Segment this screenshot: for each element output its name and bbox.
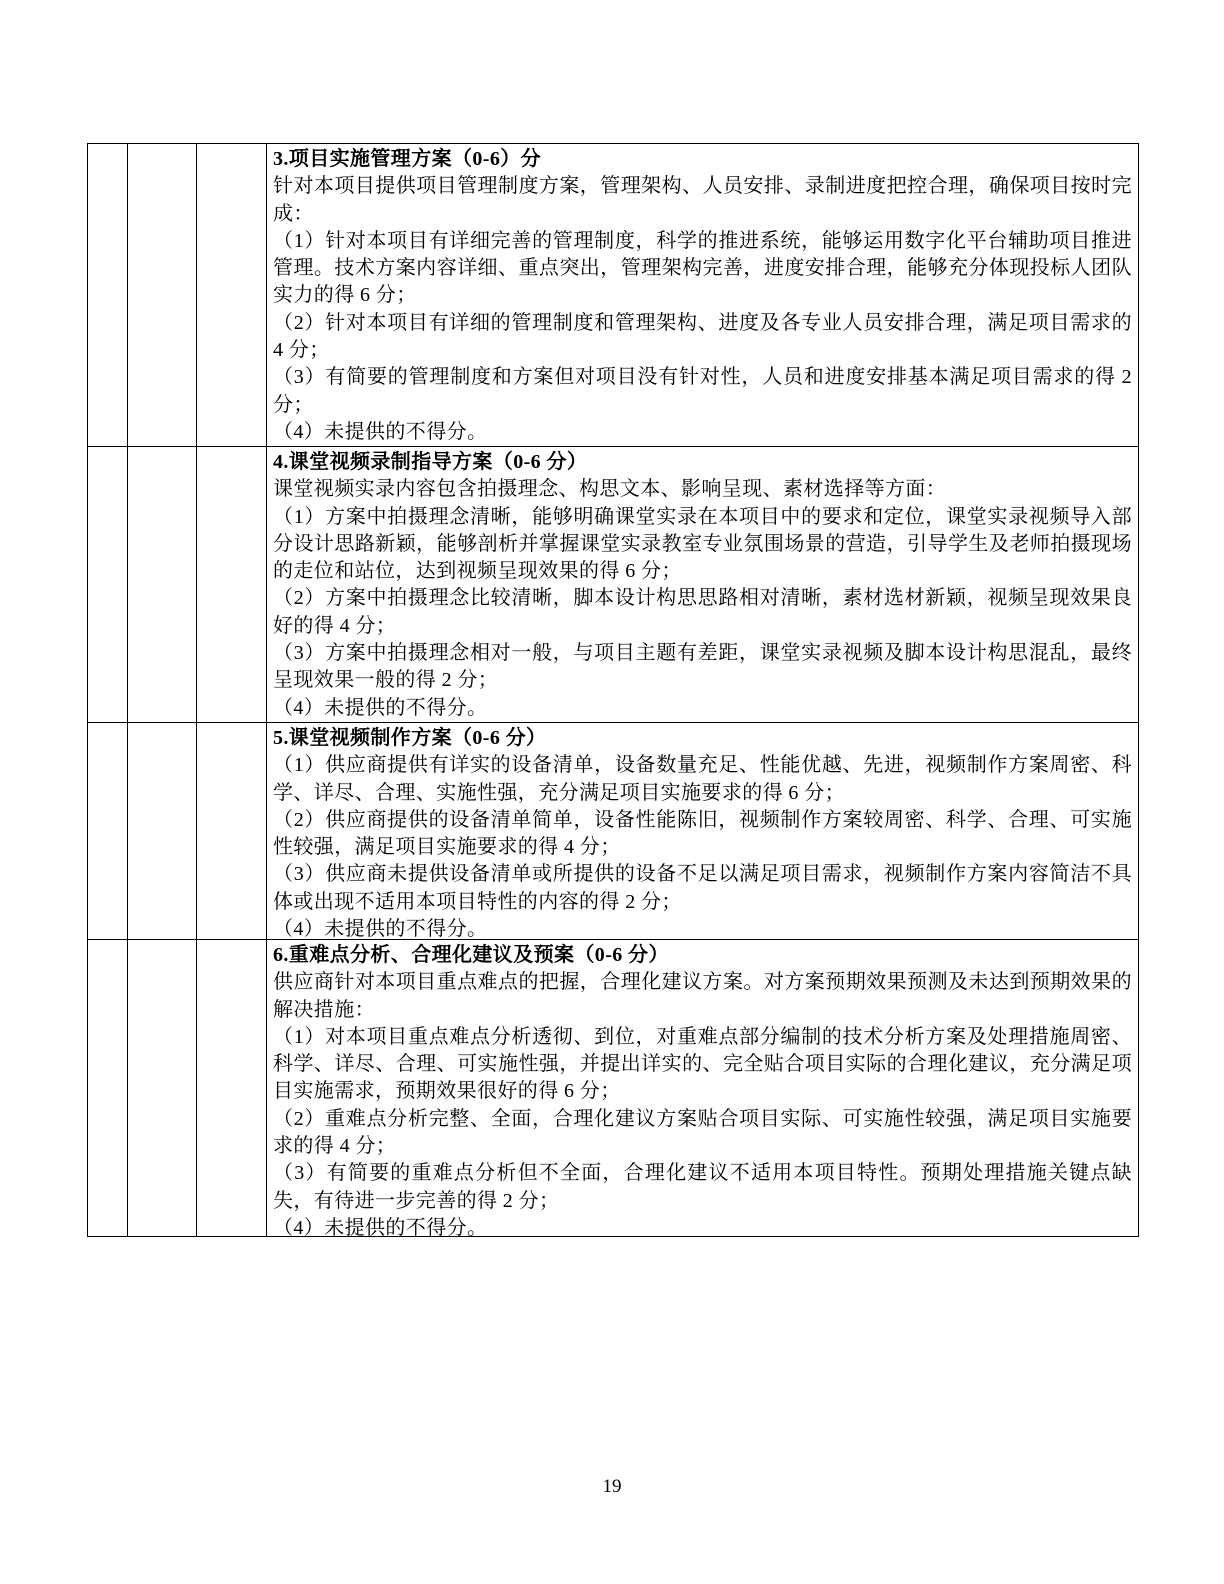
criteria-cell: 6.重难点分析、合理化建议及预案（0-6 分） 供应商针对本项目重点难点的把握，… xyxy=(267,940,1139,1237)
criteria-paragraph: （1）方案中拍摄理念清晰，能够明确课堂实录在本项目中的要求和定位，课堂实录视频导… xyxy=(273,504,1132,586)
document-page: 3.项目实施管理方案（0-6）分 针对本项目提供项目管理制度方案，管理架构、人员… xyxy=(0,0,1224,1584)
table-row-item-4: 4.课堂视频录制指导方案（0-6 分） 课堂视频实录内容包含拍摄理念、构思文本、… xyxy=(88,447,1139,723)
criteria-cell-content: 4.课堂视频录制指导方案（0-6 分） 课堂视频实录内容包含拍摄理念、构思文本、… xyxy=(267,447,1138,722)
criteria-heading: 5.课堂视频制作方案（0-6 分） xyxy=(273,725,1132,752)
criteria-cell: 3.项目实施管理方案（0-6）分 针对本项目提供项目管理制度方案，管理架构、人员… xyxy=(267,144,1139,447)
criteria-paragraph: （2）重难点分析完整、全面，合理化建议方案贴合项目实际、可实施性较强，满足项目实… xyxy=(273,1106,1132,1161)
criteria-paragraph: （2）针对本项目有详细的管理制度和管理架构、进度及各专业人员安排合理，满足项目需… xyxy=(273,310,1132,365)
table-row-item-3: 3.项目实施管理方案（0-6）分 针对本项目提供项目管理制度方案，管理架构、人员… xyxy=(88,144,1139,447)
criteria-cell-content: 5.课堂视频制作方案（0-6 分） （1）供应商提供有详实的设备清单，设备数量充… xyxy=(267,723,1138,939)
criteria-paragraph: （3）有简要的重难点分析但不全面，合理化建议不适用本项目特性。预期处理措施关键点… xyxy=(273,1160,1132,1215)
table-row-item-6: 6.重难点分析、合理化建议及预案（0-6 分） 供应商针对本项目重点难点的把握，… xyxy=(88,940,1139,1237)
page-number: 19 xyxy=(0,1476,1224,1498)
empty-cell xyxy=(197,723,267,940)
empty-cell xyxy=(128,940,197,1237)
criteria-paragraph: （3）供应商未提供设备清单或所提供的设备不足以满足项目需求，视频制作方案内容简洁… xyxy=(273,861,1132,916)
criteria-heading: 3.项目实施管理方案（0-6）分 xyxy=(273,146,1132,173)
empty-cell xyxy=(88,447,128,723)
criteria-paragraph: 课堂视频实录内容包含拍摄理念、构思文本、影响呈现、素材选择等方面： xyxy=(273,476,1132,503)
empty-cell xyxy=(197,144,267,447)
criteria-paragraph: （1）供应商提供有详实的设备清单，设备数量充足、性能优越、先进，视频制作方案周密… xyxy=(273,752,1132,807)
empty-cell xyxy=(128,144,197,447)
empty-cell xyxy=(128,723,197,940)
criteria-paragraph: （1）对本项目重点难点分析透彻、到位，对重难点部分编制的技术分析方案及处理措施周… xyxy=(273,1024,1132,1106)
empty-cell xyxy=(197,447,267,723)
empty-cell xyxy=(128,447,197,723)
table-row-item-5: 5.课堂视频制作方案（0-6 分） （1）供应商提供有详实的设备清单，设备数量充… xyxy=(88,723,1139,940)
criteria-paragraph: （4）未提供的不得分。 xyxy=(273,419,1132,446)
empty-cell xyxy=(88,940,128,1237)
empty-cell xyxy=(197,940,267,1237)
criteria-heading: 6.重难点分析、合理化建议及预案（0-6 分） xyxy=(273,942,1132,969)
evaluation-criteria-table: 3.项目实施管理方案（0-6）分 针对本项目提供项目管理制度方案，管理架构、人员… xyxy=(87,143,1139,1237)
criteria-paragraph: （2）供应商提供的设备清单简单，设备性能陈旧，视频制作方案较周密、科学、合理、可… xyxy=(273,807,1132,862)
criteria-cell: 4.课堂视频录制指导方案（0-6 分） 课堂视频实录内容包含拍摄理念、构思文本、… xyxy=(267,447,1139,723)
criteria-paragraph: （2）方案中拍摄理念比较清晰，脚本设计构思思路相对清晰，素材选材新颖，视频呈现效… xyxy=(273,585,1132,640)
criteria-cell-content: 6.重难点分析、合理化建议及预案（0-6 分） 供应商针对本项目重点难点的把握，… xyxy=(267,940,1138,1236)
criteria-paragraph: （4）未提供的不得分。 xyxy=(273,916,1132,939)
criteria-paragraph: （3）方案中拍摄理念相对一般，与项目主题有差距，课堂实录视频及脚本设计构思混乱，… xyxy=(273,640,1132,695)
criteria-paragraph: 供应商针对本项目重点难点的把握，合理化建议方案。对方案预期效果预测及未达到预期效… xyxy=(273,969,1132,1024)
criteria-heading: 4.课堂视频录制指导方案（0-6 分） xyxy=(273,449,1132,476)
criteria-cell-content: 3.项目实施管理方案（0-6）分 针对本项目提供项目管理制度方案，管理架构、人员… xyxy=(267,144,1138,446)
criteria-paragraph: （3）有简要的管理制度和方案但对项目没有针对性，人员和进度安排基本满足项目需求的… xyxy=(273,364,1132,419)
empty-cell xyxy=(88,144,128,447)
criteria-cell: 5.课堂视频制作方案（0-6 分） （1）供应商提供有详实的设备清单，设备数量充… xyxy=(267,723,1139,940)
criteria-paragraph: 针对本项目提供项目管理制度方案，管理架构、人员安排、录制进度把控合理，确保项目按… xyxy=(273,173,1132,228)
criteria-paragraph: （1）针对本项目有详细完善的管理制度，科学的推进系统，能够运用数字化平台辅助项目… xyxy=(273,228,1132,310)
empty-cell xyxy=(88,723,128,940)
criteria-paragraph: （4）未提供的不得分。 xyxy=(273,1215,1132,1236)
criteria-paragraph: （4）未提供的不得分。 xyxy=(273,695,1132,722)
